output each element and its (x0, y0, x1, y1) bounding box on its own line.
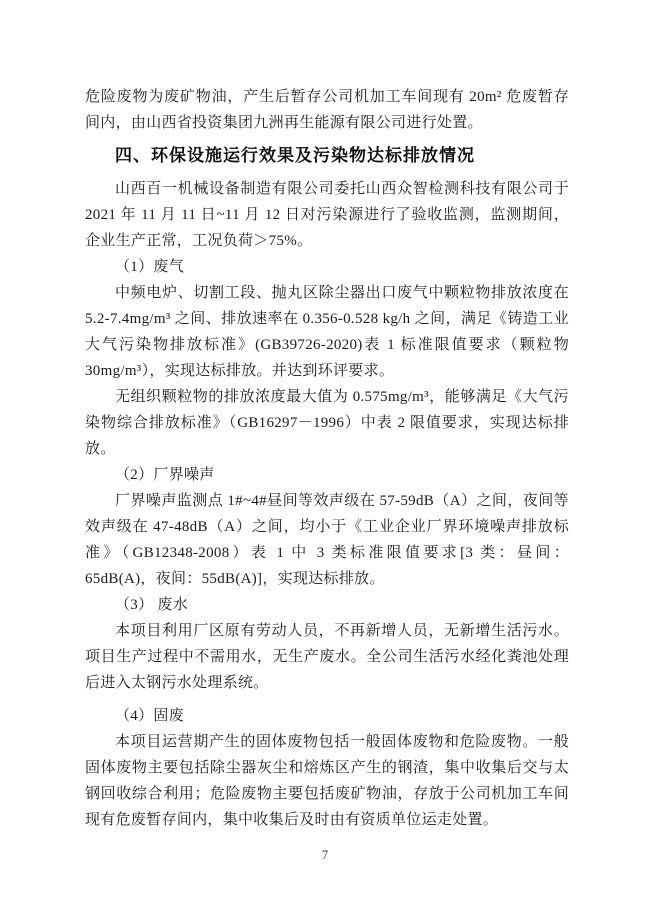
document-page: 危险废物为废矿物油，产生后暂存公司机加工车间现有 20m² 危废暂存间内，由山西… (0, 0, 650, 920)
body-paragraph: 本项目利用厂区原有劳动人员，不再新增人员，无新增生活污水。项目生产过程中不需用水… (85, 618, 569, 696)
section-heading: 四、环保设施运行效果及污染物达标排放情况 (85, 141, 569, 170)
page-number: 7 (0, 848, 650, 863)
body-paragraph: 危险废物为废矿物油，产生后暂存公司机加工车间现有 20m² 危废暂存间内，由山西… (85, 84, 569, 136)
body-paragraph: 山西百一机械设备制造有限公司委托山西众智检测科技有限公司于 2021 年 11 … (85, 176, 569, 254)
body-paragraph: 本项目运营期产生的固体废物包括一般固体废物和危险废物。一般固体废物主要包括除尘器… (85, 729, 569, 833)
body-paragraph: 中频电炉、切割工段、抛丸区除尘器出口废气中颗粒物排放浓度在 5.2-7.4mg/… (85, 280, 569, 384)
subsection-label-solid-waste: （4）固废 (85, 703, 569, 729)
body-paragraph: 无组织颗粒物的排放浓度最大值为 0.575mg/m³，能够满足《大气污染物综合排… (85, 384, 569, 462)
subsection-label-boundary-noise: （2）厂界噪声 (85, 462, 569, 488)
body-paragraph: 厂界噪声监测点 1#~4#昼间等效声级在 57-59dB（A）之间，夜间等效声级… (85, 488, 569, 592)
subsection-label-waste-gas: （1）废气 (85, 254, 569, 280)
subsection-label-wastewater: （3） 废水 (85, 592, 569, 618)
document-content: 危险废物为废矿物油，产生后暂存公司机加工车间现有 20m² 危废暂存间内，由山西… (85, 84, 569, 833)
